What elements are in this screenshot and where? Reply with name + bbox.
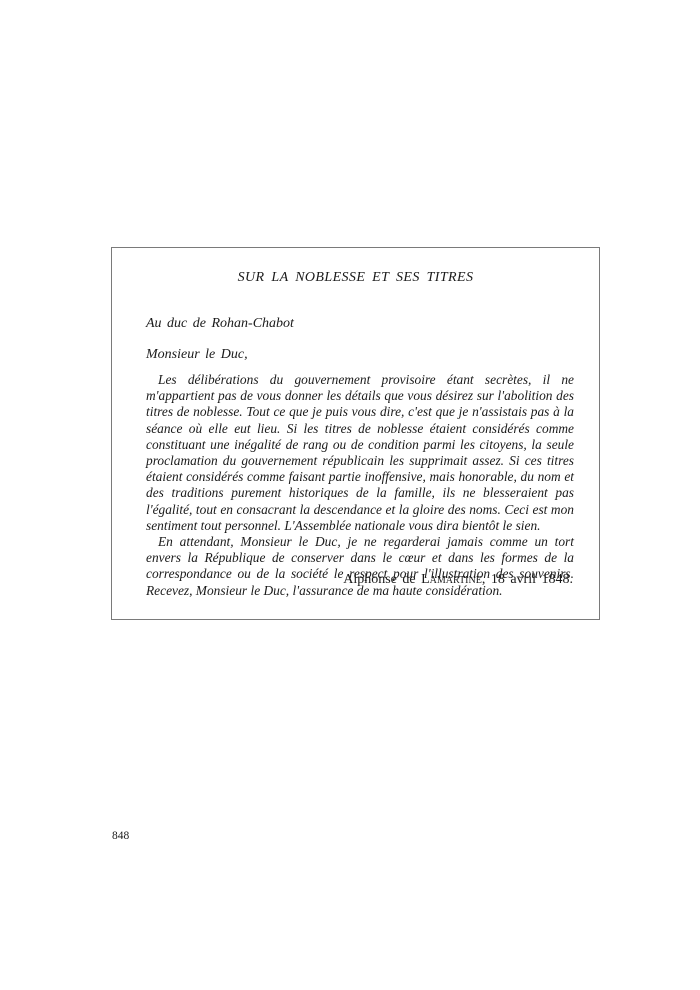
letter-box: SUR LA NOBLESSE ET SES TITRES Au duc de … xyxy=(111,247,600,620)
signature-date: , 18 avril 1848. xyxy=(482,572,573,587)
addressee-line: Au duc de Rohan-Chabot xyxy=(146,316,294,332)
signature-surname: Lamartine xyxy=(421,572,482,587)
salutation-line: Monsieur le Duc, xyxy=(146,347,248,363)
paragraph: Les délibérations du gouvernement provis… xyxy=(146,372,574,534)
signature-line: Alphonse de Lamartine, 18 avril 1848. xyxy=(343,572,573,588)
page-number: 848 xyxy=(112,830,129,842)
paragraph: En attendant, Monsieur le Duc, je ne reg… xyxy=(146,534,574,599)
letter-title: SUR LA NOBLESSE ET SES TITRES xyxy=(112,270,599,286)
signature-prefix: Alphonse de xyxy=(343,572,421,587)
letter-body: Les délibérations du gouvernement provis… xyxy=(146,372,574,599)
